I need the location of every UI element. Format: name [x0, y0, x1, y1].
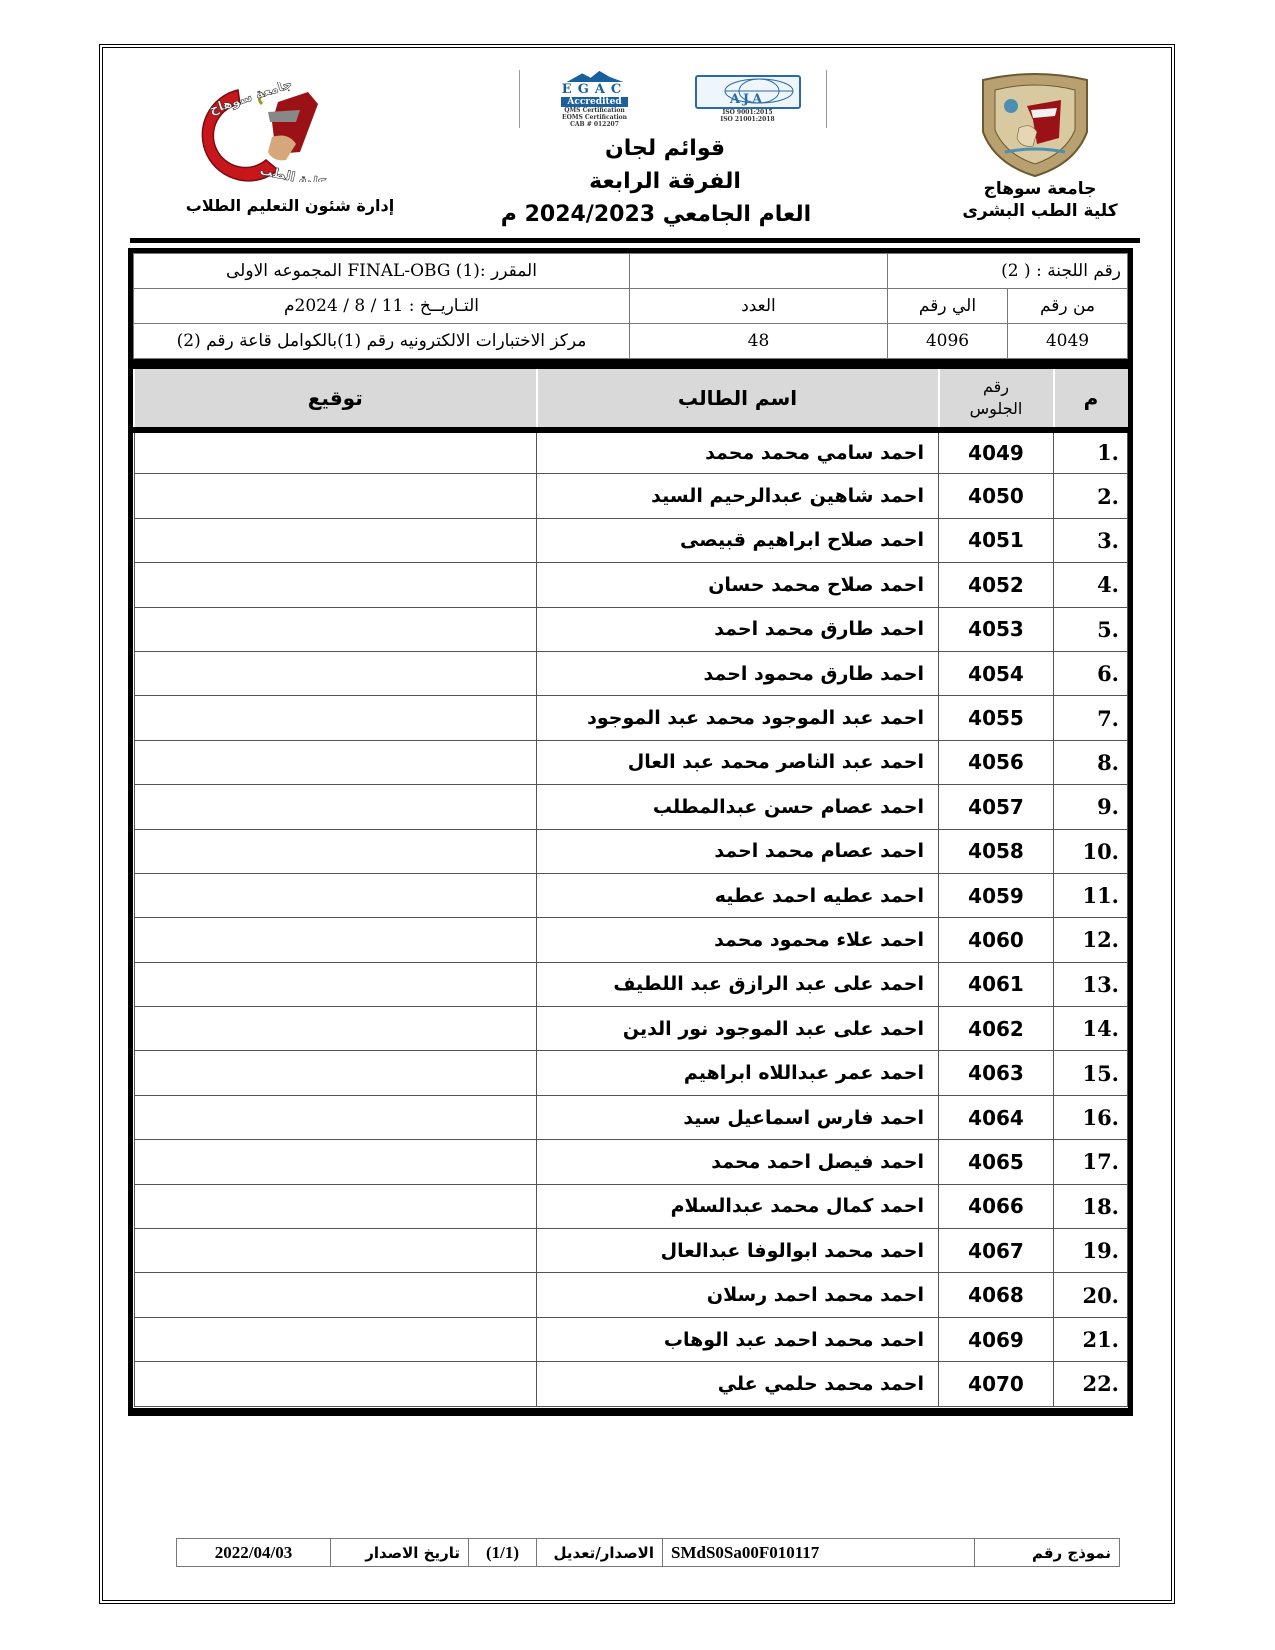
row-index: 14.: [1054, 1007, 1128, 1051]
seat-number: 4065: [939, 1140, 1054, 1184]
row-index: 21.: [1054, 1317, 1128, 1361]
university-name: جامعة سوهاج: [955, 178, 1125, 200]
student-name: احمد طارق محمد احمد: [537, 607, 939, 651]
signature-cell[interactable]: [134, 1229, 537, 1273]
row-index: 8.: [1054, 740, 1128, 784]
student-name: احمد عصام حسن عبدالمطلب: [537, 785, 939, 829]
row-index: 18.: [1054, 1184, 1128, 1228]
exam-location: مركز الاختبارات الالكترونيه رقم (1)بالكو…: [134, 324, 630, 359]
table-row: 19.4067احمد محمد ابوالوفا عبدالعال: [134, 1229, 1128, 1273]
seat-number: 4070: [939, 1362, 1054, 1406]
faculty-logo: جامعة سوهاج كلية الطب: [168, 82, 333, 182]
seat-number: 4061: [939, 962, 1054, 1006]
student-name: احمد محمد احمد عبد الوهاب: [537, 1317, 939, 1361]
signature-cell[interactable]: [134, 651, 537, 695]
signature-cell[interactable]: [134, 740, 537, 784]
version-value: (1/1): [469, 1539, 537, 1567]
signature-cell[interactable]: [134, 785, 537, 829]
mountain-icon: [560, 70, 630, 82]
table-row: 10.4058احمد عصام محمد احمد: [134, 829, 1128, 873]
row-index: 6.: [1054, 651, 1128, 695]
aja-iso-logo: AJA ISO 9001:2015 ISO 21001:2018: [669, 70, 826, 128]
row-index: 10.: [1054, 829, 1128, 873]
signature-cell[interactable]: [134, 1184, 537, 1228]
seat-number: 4049: [939, 430, 1054, 474]
committee-number: رقم اللجنة : ( 2): [888, 254, 1128, 289]
table-row: 8.4056احمد عبد الناصر محمد عبد العال: [134, 740, 1128, 784]
seat-number: 4069: [939, 1317, 1054, 1361]
student-name: احمد عمر عبداللاه ابراهيم: [537, 1051, 939, 1095]
from-number-label: من رقم: [1008, 289, 1128, 324]
student-name: احمد سامي محمد محمد: [537, 430, 939, 474]
seat-number: 4066: [939, 1184, 1054, 1228]
table-row: 7.4055احمد عبد الموجود محمد عبد الموجود: [134, 696, 1128, 740]
row-index: 17.: [1054, 1140, 1128, 1184]
row-index: 3.: [1054, 518, 1128, 562]
seat-number: 4064: [939, 1095, 1054, 1139]
table-row: 21.4069احمد محمد احمد عبد الوهاب: [134, 1317, 1128, 1361]
student-name: احمد عبد الناصر محمد عبد العال: [537, 740, 939, 784]
signature-cell[interactable]: [134, 1317, 537, 1361]
student-name: احمد صلاح ابراهيم قبيصى: [537, 518, 939, 562]
signature-cell[interactable]: [134, 873, 537, 917]
signature-cell[interactable]: [134, 962, 537, 1006]
student-name: احمد علاء محمود محمد: [537, 918, 939, 962]
seat-number: 4063: [939, 1051, 1054, 1095]
seat-number: 4062: [939, 1007, 1054, 1051]
signature-cell[interactable]: [134, 1140, 537, 1184]
exam-date: التـاريــخ : 11 / 8 / 2024م: [134, 289, 630, 324]
student-name: احمد صلاح محمد حسان: [537, 563, 939, 607]
version-label: الاصدار/تعديل: [537, 1539, 663, 1567]
from-number-value: 4049: [1008, 324, 1128, 359]
seat-number: 4053: [939, 607, 1054, 651]
signature-cell[interactable]: [134, 696, 537, 740]
academic-year: العام الجامعي 2024/2023 م: [500, 198, 812, 231]
student-name: احمد عبد الموجود محمد عبد الموجود: [537, 696, 939, 740]
row-index: 16.: [1054, 1095, 1128, 1139]
row-index: 2.: [1054, 474, 1128, 518]
signature-cell[interactable]: [134, 1273, 537, 1317]
student-name: احمد عصام محمد احمد: [537, 829, 939, 873]
form-footer: نموذج رقم SMdS0Sa00F010117 الاصدار/تعديل…: [176, 1538, 1120, 1567]
seat-number: 4052: [939, 563, 1054, 607]
signature-cell[interactable]: [134, 518, 537, 562]
table-row: 5.4053احمد طارق محمد احمد: [134, 607, 1128, 651]
document-title: قوائم لجان الفرقة الرابعة العام الجامعي …: [500, 132, 830, 231]
table-row: 22.4070احمد محمد حلمي علي: [134, 1362, 1128, 1406]
row-index: 7.: [1054, 696, 1128, 740]
row-index: 19.: [1054, 1229, 1128, 1273]
student-name: احمد فيصل احمد محمد: [537, 1140, 939, 1184]
seat-number: 4058: [939, 829, 1054, 873]
row-index: 15.: [1054, 1051, 1128, 1095]
signature-cell[interactable]: [134, 607, 537, 651]
student-name: احمد فارس اسماعيل سيد: [537, 1095, 939, 1139]
student-name: احمد على عبد الرازق عبد اللطيف: [537, 962, 939, 1006]
seat-number: 4057: [939, 785, 1054, 829]
table-row: 2.4050احمد شاهين عبدالرحيم السيد: [134, 474, 1128, 518]
issue-date-label: تاريخ الاصدار: [331, 1539, 469, 1567]
row-index: 22.: [1054, 1362, 1128, 1406]
student-name: احمد كمال محمد عبدالسلام: [537, 1184, 939, 1228]
signature-cell[interactable]: [134, 1051, 537, 1095]
form-number-label: نموذج رقم: [975, 1539, 1120, 1567]
student-name: احمد محمد ابوالوفا عبدالعال: [537, 1229, 939, 1273]
seat-number: 4068: [939, 1273, 1054, 1317]
table-row: 12.4060احمد علاء محمود محمد: [134, 918, 1128, 962]
to-number-value: 4096: [888, 324, 1008, 359]
to-number-label: الي رقم: [888, 289, 1008, 324]
department-label: إدارة شئون التعليم الطلاب: [180, 196, 400, 215]
signature-cell[interactable]: [134, 1095, 537, 1139]
form-number: SMdS0Sa00F010117: [663, 1539, 975, 1567]
row-index: 13.: [1054, 962, 1128, 1006]
table-row: 13.4061احمد على عبد الرازق عبد اللطيف: [134, 962, 1128, 1006]
table-row: 3.4051احمد صلاح ابراهيم قبيصى: [134, 518, 1128, 562]
title-line-2: الفرقة الرابعة: [500, 165, 830, 198]
signature-cell[interactable]: [134, 474, 537, 518]
student-list-table: م رقم الجلوس اسم الطالب توقيع 1.4049احمد…: [128, 364, 1133, 1415]
table-row: 1.4049احمد سامي محمد محمد: [134, 430, 1128, 474]
seat-number: 4067: [939, 1229, 1054, 1273]
header-seat-number: رقم الجلوس: [939, 367, 1054, 430]
row-index: 4.: [1054, 563, 1128, 607]
header-student-name: اسم الطالب: [537, 367, 939, 430]
table-row: 20.4068احمد محمد احمد رسلان: [134, 1273, 1128, 1317]
student-name: احمد محمد احمد رسلان: [537, 1273, 939, 1317]
row-index: 20.: [1054, 1273, 1128, 1317]
table-row: 16.4064احمد فارس اسماعيل سيد: [134, 1095, 1128, 1139]
signature-cell[interactable]: [134, 1007, 537, 1051]
signature-cell[interactable]: [134, 1362, 537, 1406]
seat-number: 4055: [939, 696, 1054, 740]
seat-number: 4059: [939, 873, 1054, 917]
table-row: 17.4065احمد فيصل احمد محمد: [134, 1140, 1128, 1184]
signature-cell[interactable]: [134, 563, 537, 607]
table-bottom-border: [128, 1408, 1133, 1416]
student-name: احمد عطيه احمد عطيه: [537, 873, 939, 917]
title-line-1: قوائم لجان: [500, 132, 830, 165]
certification-logos: EGAC Accredited QMS Certification EOMS C…: [519, 70, 827, 128]
row-index: 11.: [1054, 873, 1128, 917]
faculty-name: كلية الطب البشرى: [955, 200, 1125, 222]
count-value: 48: [630, 324, 888, 359]
university-name-block: جامعة سوهاج كلية الطب البشرى: [955, 178, 1125, 222]
signature-cell[interactable]: [134, 829, 537, 873]
seat-number: 4050: [939, 474, 1054, 518]
header-signature: توقيع: [134, 367, 537, 430]
count-label: العدد: [630, 289, 888, 324]
header-index: م: [1054, 367, 1128, 430]
table-row: 14.4062احمد على عبد الموجود نور الدين: [134, 1007, 1128, 1051]
student-name: احمد محمد حلمي علي: [537, 1362, 939, 1406]
student-name: احمد طارق محمود احمد: [537, 651, 939, 695]
table-row: 4.4052احمد صلاح محمد حسان: [134, 563, 1128, 607]
row-index: 5.: [1054, 607, 1128, 651]
signature-cell[interactable]: [134, 918, 537, 962]
row-index: 9.: [1054, 785, 1128, 829]
signature-cell[interactable]: [134, 430, 537, 474]
seat-number: 4056: [939, 740, 1054, 784]
student-name: احمد على عبد الموجود نور الدين: [537, 1007, 939, 1051]
table-row: 15.4063احمد عمر عبداللاه ابراهيم: [134, 1051, 1128, 1095]
university-crest: [975, 72, 1095, 177]
row-index: 12.: [1054, 918, 1128, 962]
committee-info-table: رقم اللجنة : ( 2) المقرر :(1) FINAL-OBG …: [128, 248, 1133, 364]
student-name: احمد شاهين عبدالرحيم السيد: [537, 474, 939, 518]
globe-icon: AJA: [695, 75, 801, 109]
table-row: 11.4059احمد عطيه احمد عطيه: [134, 873, 1128, 917]
svg-text:كلية الطب: كلية الطب: [258, 163, 326, 182]
blank-cell: [630, 254, 888, 289]
header-divider: [130, 238, 1140, 243]
seat-number: 4054: [939, 651, 1054, 695]
table-row: 9.4057احمد عصام حسن عبدالمطلب: [134, 785, 1128, 829]
seat-number: 4051: [939, 518, 1054, 562]
issue-date: 2022/04/03: [177, 1539, 331, 1567]
seat-number: 4060: [939, 918, 1054, 962]
course-label: المقرر :(1) FINAL-OBG المجموعه الاولى: [134, 254, 630, 289]
egac-accreditation-logo: EGAC Accredited QMS Certification EOMS C…: [520, 70, 669, 128]
table-row: 18.4066احمد كمال محمد عبدالسلام: [134, 1184, 1128, 1228]
row-index: 1.: [1054, 430, 1128, 474]
table-row: 6.4054احمد طارق محمود احمد: [134, 651, 1128, 695]
